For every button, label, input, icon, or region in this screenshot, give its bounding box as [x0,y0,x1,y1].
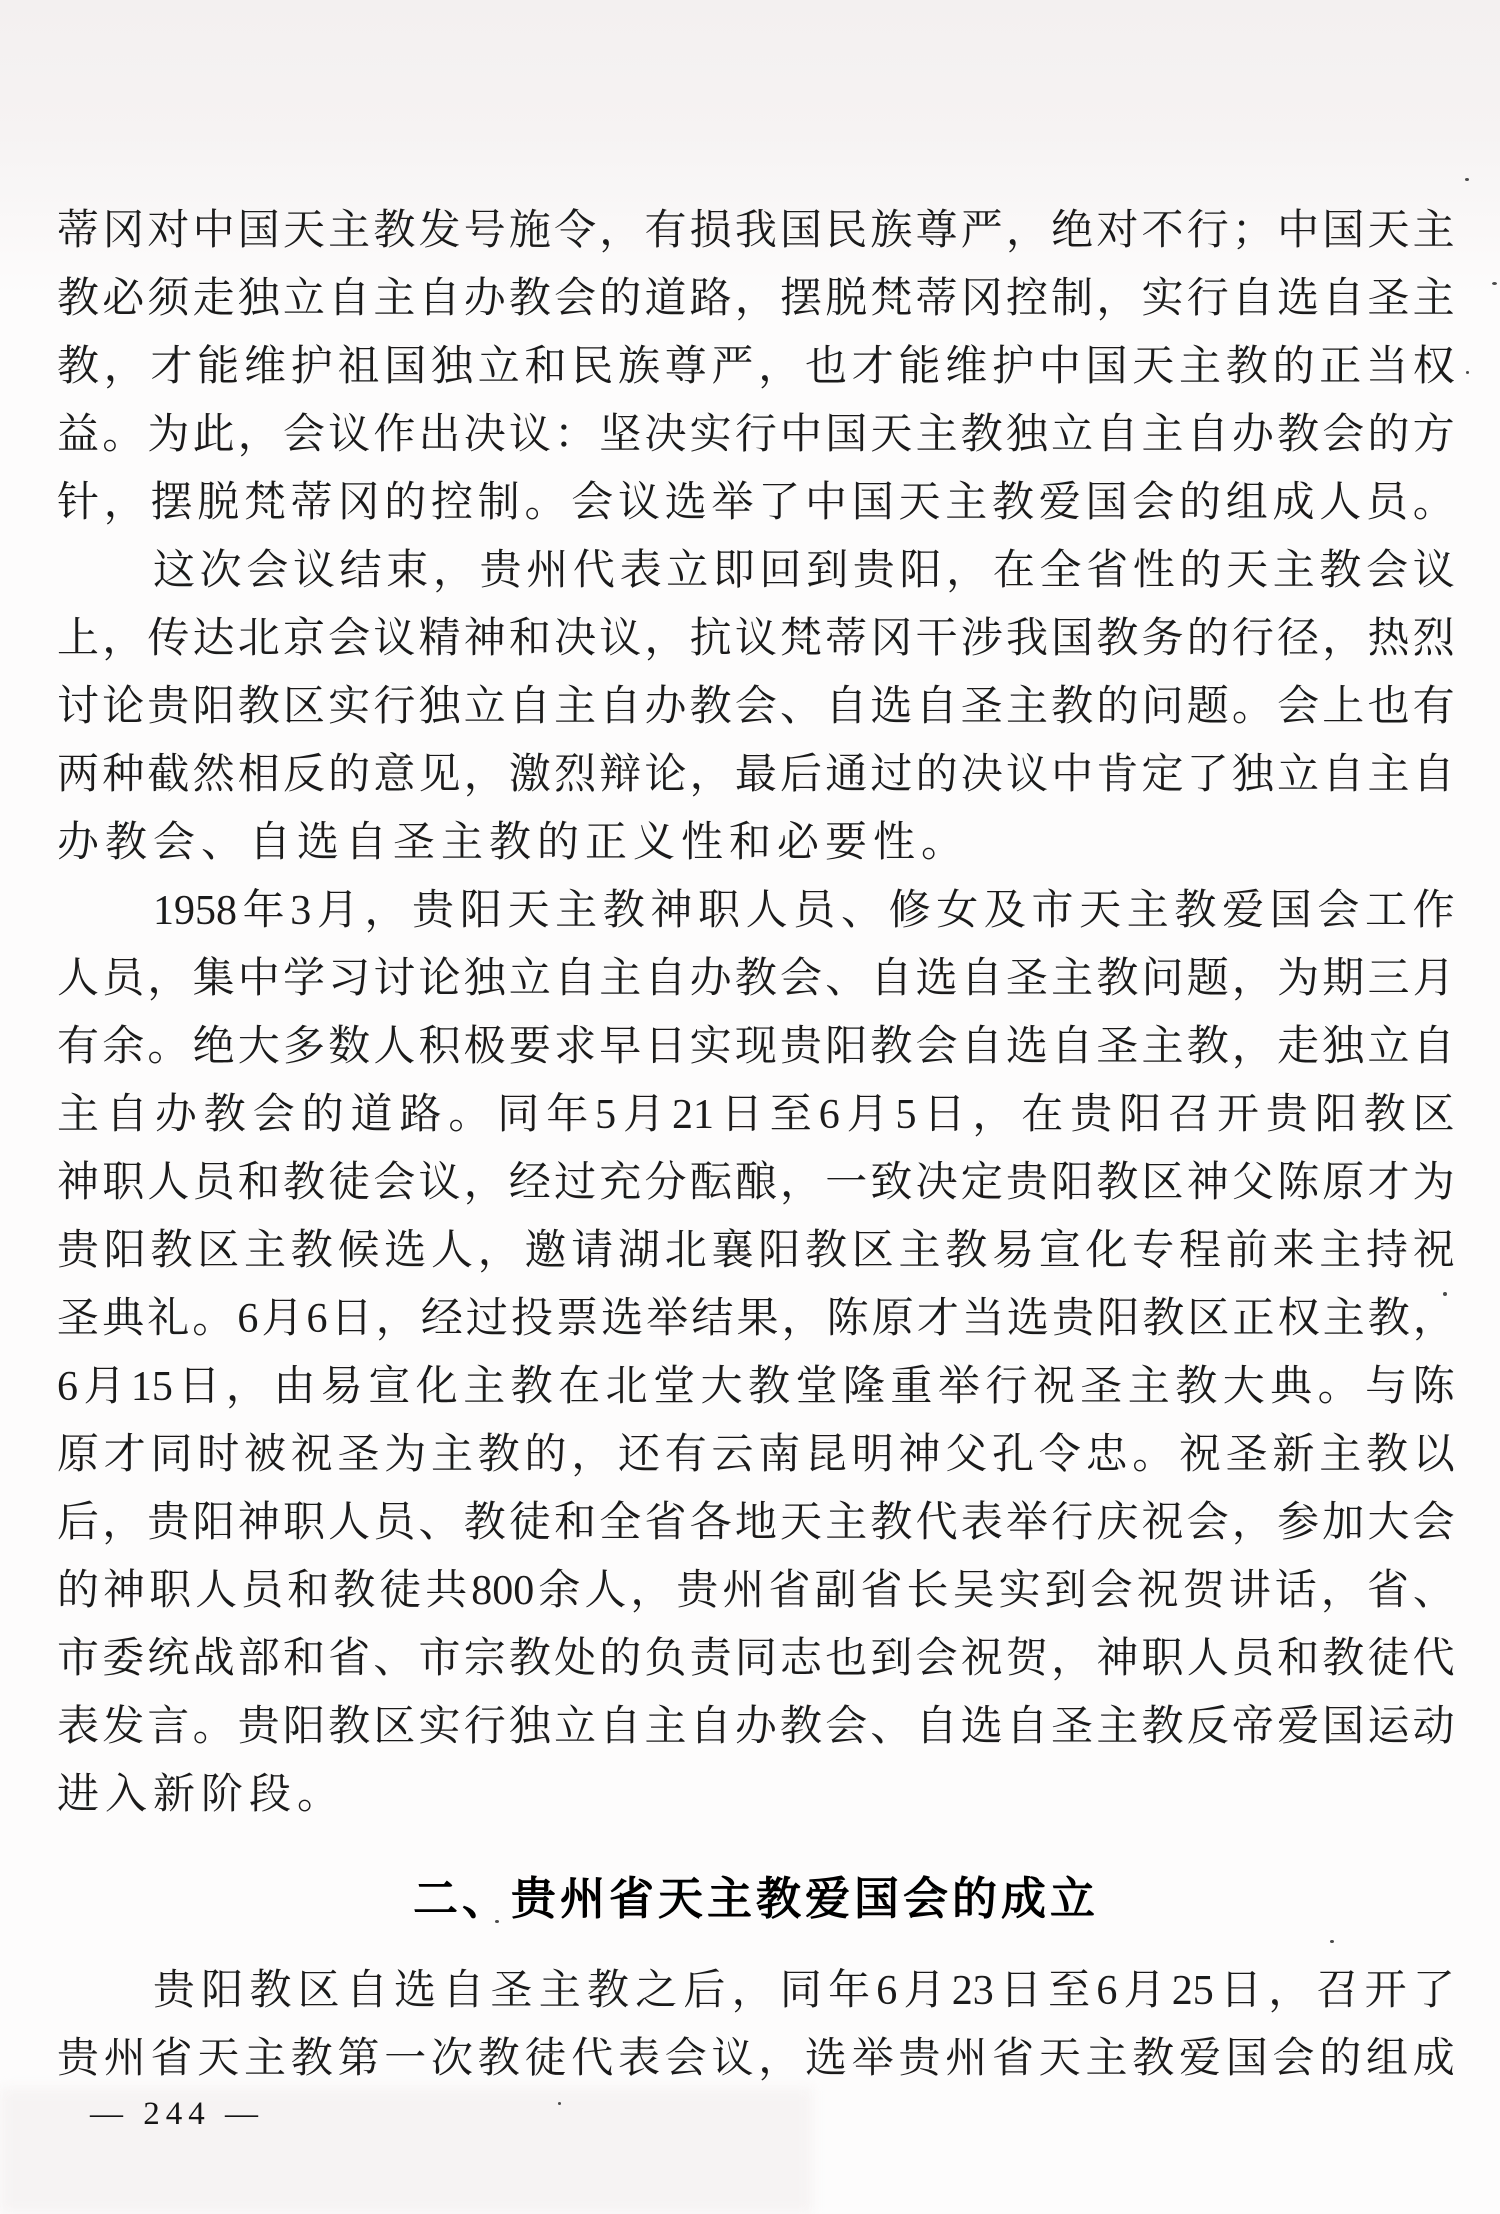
text-token: 隆 [843,1353,885,1421]
text-token: 责 [690,1625,732,1693]
text-token: 圣 [1006,945,1048,1013]
text-token: 云 [712,1421,754,1489]
text-token: 教 [478,2025,520,2093]
text-token: 有 [644,197,686,265]
text-token: 来 [1273,1217,1315,1285]
text-token: 酝 [690,1149,732,1217]
text-token: 教 [57,265,99,333]
text-token: 贵 [1266,1081,1308,1149]
text-token: 昆 [805,1421,847,1489]
text-token: 决 [961,741,1003,809]
text-token: 明 [852,1421,894,1489]
text-token: 自 [1413,741,1455,809]
text-token: 独 [1006,401,1048,469]
text-token: 会 [825,1693,867,1761]
text-token: 开 [1217,1081,1259,1149]
text-token: 修 [889,877,931,945]
text-token: 主 [899,1217,941,1285]
text-token: 实 [999,1557,1041,1625]
text-token: 此 [193,401,235,469]
text-token: 教 [57,333,99,401]
text-token: 会 [253,1081,295,1149]
text-token: 阳 [758,1217,800,1285]
text-token: 共 [425,1557,467,1625]
text-token: 议 [1413,537,1455,605]
text-token: 神 [1096,1625,1138,1693]
text-token: 6 [57,1353,78,1421]
text-token: 爱 [1222,877,1264,945]
text-token: 独 [1232,741,1274,809]
text-token: 反 [1187,1693,1229,1761]
text-token: 大 [1223,1353,1265,1421]
text-token: 教 [1132,2025,1174,2093]
section-heading: 二、贵州省天主教爱国会的成立 [57,1865,1455,1933]
text-token: 行 [373,673,415,741]
text-token: 议 [618,469,660,537]
text-token: 严 [712,333,754,401]
text-token: 员 [241,1557,283,1625]
text-token: 的 [599,265,641,333]
text-token: 主 [1142,401,1184,469]
text-token: 才 [104,1421,146,1489]
text-token: 我 [735,197,777,265]
text-token: 中 [780,401,822,469]
text-token: 宣 [1039,1217,1081,1285]
text-token: 堂 [795,1353,837,1421]
text-token: 的 [599,1625,641,1693]
text-token: ， [735,265,777,333]
text-token: 祝 [1033,1353,1075,1421]
text-token: 爱 [1039,469,1081,537]
text-token: 选 [384,1217,426,1285]
text-token: 北 [606,1353,648,1421]
text-token: 神 [899,1421,941,1489]
text-token: 分 [644,1149,686,1217]
text-token: 成 [1273,469,1315,537]
text-token: 办 [155,1081,197,1149]
text-token: 教 [870,1013,912,1081]
text-token: 新 [1273,1421,1315,1489]
text-token: 会 [1187,1489,1229,1557]
text-token: 教 [511,1353,553,1421]
text-token: 辩 [599,741,641,809]
text-token: 果 [736,1285,778,1353]
text-token: 束 [386,537,428,605]
text-token: 神 [238,1489,280,1557]
text-token: 的 [916,741,958,809]
text-token: 教 [249,1957,291,2025]
text-token: 和 [509,605,551,673]
text-token: 和 [1277,1625,1319,1693]
text-token: 有 [665,1421,707,1489]
text-token: 阳 [201,1957,243,2025]
text-token: 人 [746,877,788,945]
text-token: 国 [1226,2025,1268,2093]
text-token: 中 [193,197,235,265]
text-token: 行 [1232,605,1274,673]
text-token: ， [571,1421,613,1489]
text-token: 教 [283,1149,325,1217]
text-token: 阳 [104,1217,146,1285]
text-token: 月 [847,1081,889,1149]
text-token: 自 [1051,1013,1093,1081]
text-token: 统 [147,1625,189,1693]
text-line: 教，才能维护祖国独立和民族尊严，也才能维护中国天主教的正当权 [57,333,1455,401]
text-token: 爱 [1277,1693,1319,1761]
text-token: 自 [1006,1693,1048,1761]
text-token: 然 [193,741,235,809]
text-token: 阳 [1051,1149,1093,1217]
text-token: 区 [1413,1081,1455,1149]
text-token: 投 [511,1285,553,1353]
text-token: ， [1232,1013,1274,1081]
text-token: 梵 [780,605,822,673]
text-token: 这 [153,537,195,605]
text-token: 天 [1132,333,1174,401]
text-token: 开 [1365,1957,1407,2025]
text-token: 摆 [151,469,193,537]
text-token: 战 [193,1625,235,1693]
text-token: 办 [644,673,686,741]
text-token: 。 [1132,1421,1174,1489]
text-token: 也 [825,1625,867,1693]
text-token: 请 [571,1217,613,1285]
text-token: 人 [57,945,99,1013]
scan-speck [1466,371,1469,374]
text-token: 组 [1366,2025,1408,2093]
text-token: 立 [464,673,506,741]
text-token: 神 [103,1557,145,1625]
text-token: 国 [1051,605,1093,673]
text-token: 主 [554,673,596,741]
text-token: 走 [193,265,235,333]
text-token: 自 [1413,1013,1455,1081]
text-token: 贵 [899,2025,941,2093]
text-token: 教 [509,265,551,333]
text-token: 职 [102,1149,144,1217]
text-token: ， [1268,1957,1310,2025]
text-line: 市委统战部和省、市宗教处的负责同志也到会祝贺，神职人员和教徒代 [57,1625,1455,1693]
text-token: 护 [291,333,333,401]
text-token: 行 [1187,197,1229,265]
text-token: 教 [1226,333,1268,401]
text-token: 教 [1277,401,1319,469]
text-token: 办 [464,265,506,333]
text-token: 圣 [491,1957,533,2025]
text-token: 员 [193,1149,235,1217]
text-token: ， [782,1285,824,1353]
text-token: 中 [1277,197,1319,265]
text-token: 省 [644,1489,686,1557]
text-token: 见 [419,741,461,809]
text-token: 会 [780,945,822,1013]
text-token: 贵 [153,1957,195,2025]
text-token: 阳 [1315,1081,1357,1149]
text-token: ， [1051,1625,1093,1693]
text-token: 和 [238,1149,280,1217]
text-token: 题 [1187,673,1229,741]
text-token: 烈 [554,741,596,809]
text-token: ， [102,1489,144,1557]
text-token: 立 [283,265,325,333]
text-token: 的 [302,1081,344,1149]
text-token: 。 [1232,673,1274,741]
text-token: 尊 [665,333,707,401]
text-token: ， [464,1149,506,1217]
text-token: 实 [690,401,732,469]
text-token: 积 [419,1013,461,1081]
text-token: 教 [1142,1285,1184,1353]
text-token: ， [226,1353,268,1421]
text-token: 大 [238,1013,280,1081]
text-token: 阳 [1097,1285,1139,1353]
text-token: 前 [1226,1217,1268,1285]
text-token: 径 [1277,605,1319,673]
text-token: 重 [890,1353,932,1421]
text-token: 独 [431,333,473,401]
text-token: 陈 [1413,1353,1455,1421]
text-token: 会 [571,469,613,537]
text-token: 会 [1091,1557,1133,1625]
text-token: 员 [1366,469,1408,537]
text-token: 同 [497,1081,539,1149]
text-token: 教 [151,1217,193,1285]
text-token: 路 [399,1081,441,1149]
text-token: 代 [571,2025,613,2093]
text-token: 祝 [1413,1217,1455,1285]
text-token: 处 [554,1625,596,1693]
text-token: 日 [644,1013,686,1081]
text-token: 。 [448,1081,490,1149]
text-token: 至 [1048,1957,1090,2025]
text-token: 维 [945,333,987,401]
text-token: 能 [197,333,239,401]
text-token: 会 [1317,877,1359,945]
text-token: 主 [1142,1013,1184,1081]
text-token: 候 [338,1217,380,1285]
text-token: 了 [758,469,800,537]
text-token: 徒 [379,1557,421,1625]
text-token: 州 [722,1557,764,1625]
text-token: 教 [238,673,280,741]
text-token: 、 [373,1625,415,1693]
text-token: 和 [287,1557,329,1625]
text-token: 道 [351,1081,393,1149]
text-token: 蒂 [291,469,333,537]
text-token: ， [946,537,988,605]
text-token: 主 [644,1693,686,1761]
text-token: 贵 [238,1693,280,1761]
text-token: 后 [683,1957,725,2025]
text-token: 主 [825,1489,867,1557]
text-token: 教 [464,1489,506,1557]
text-token: 议 [373,605,415,673]
text-token: 独 [238,265,280,333]
text-token: 会 [1132,469,1174,537]
text-token: 天 [1079,877,1121,945]
text-token: 控 [431,469,473,537]
text-token: 女 [936,877,978,945]
text-token: 之 [635,1957,677,2025]
text-token: 有 [1413,673,1455,741]
text-token: 精 [419,605,461,673]
text-token: 会 [554,265,596,333]
text-token: 热 [1367,605,1409,673]
text-token: 月 [1124,1957,1166,2025]
text-token: 令 [1039,1421,1081,1489]
text-token: 阳 [193,1489,235,1557]
text-token: 的 [1179,537,1221,605]
text-token: 自 [599,673,641,741]
text-token: 会 [1322,401,1364,469]
text-token: 持 [1366,1217,1408,1285]
text-token: 大 [1367,1489,1409,1557]
text-token: 行 [985,1353,1027,1421]
text-token: 主 [539,1957,581,2025]
text-token: 中 [1051,741,1093,809]
text-token: 肯 [1096,741,1138,809]
text-token: 易 [321,1353,363,1421]
text-token: 大 [701,1353,743,1421]
text-token: 贵 [57,2025,99,2093]
text-token: 6 [237,1285,258,1353]
text-token: 典 [102,1285,144,1353]
text-token: 选 [916,945,958,1013]
text-token: 实 [328,673,370,741]
text-token: ， [433,537,475,605]
text-token: 6 [876,1957,897,2025]
text-token: 自 [961,1013,1003,1081]
text-token: 要 [509,1013,551,1081]
text-token: 数 [328,1013,370,1081]
text-token: 阳 [460,877,502,945]
text-token: 动 [1413,1693,1455,1761]
text-token: 主 [1006,673,1048,741]
text-token: 选 [961,1693,1003,1761]
text-token: 人 [584,1557,626,1625]
text-token: 5 [896,1081,917,1149]
text-token: 南 [758,1421,800,1489]
text-token: 、 [825,945,867,1013]
text-token: 自 [554,945,596,1013]
text-token: ， [758,2025,800,2093]
text-token: 教 [291,2025,333,2093]
text-token: 教 [328,1693,370,1761]
text-token: 脱 [825,265,867,333]
text-token: ： [554,401,596,469]
text-token: 制 [1051,265,1093,333]
text-token: 表 [618,2025,660,2093]
text-token: 北 [238,605,280,673]
text-token: 立 [1277,741,1319,809]
text-token: 原 [872,1285,914,1353]
text-token: 各 [690,1489,732,1557]
text-token: 结 [340,537,382,605]
text-token: 陈 [827,1285,869,1353]
text-token: 选 [805,2025,847,2093]
text-token: 自 [346,1957,388,2025]
text-token: 副 [814,1557,856,1625]
text-token: 天 [870,401,912,469]
text-token: 有 [57,1013,99,1081]
text-token: 贵 [1052,1285,1094,1353]
text-token: 以 [1413,1421,1455,1489]
text-line: 原才同时被祝圣为主教的，还有云南昆明神父孔令忠。祝圣新主教以 [57,1421,1455,1489]
text-token: 教 [805,1217,847,1285]
text-token: 梵 [244,469,286,537]
text-token: 会 [1366,537,1408,605]
text-token: 省 [768,1557,810,1625]
text-token: 论 [419,945,461,1013]
text-token: 教 [1187,1013,1229,1081]
text-token: 天 [507,877,549,945]
text-line: 有余。绝大多数人积极要求早日实现贵阳教会自选自圣主教，走独立自 [57,1013,1455,1081]
text-token: 道 [644,265,686,333]
text-token: 也 [1367,673,1409,741]
text-line: 贵阳教区自选自圣主教之后，同年6月23日至6月25日，召开了 [57,1957,1455,2025]
text-token: 的 [328,741,370,809]
text-token: 护 [992,333,1034,401]
text-token: 致 [870,1149,912,1217]
text-line: 进入新阶段。 [57,1761,1455,1829]
text-token: 主 [244,2025,286,2093]
text-token: 问 [1142,945,1184,1013]
text-token: 贵 [780,1013,822,1081]
text-token: 我 [1006,605,1048,673]
page: { "page": { "background": "#fdfcfc", "te… [0,0,1500,2214]
text-token: 决 [554,605,596,673]
text-token: 程 [1179,1217,1221,1285]
text-token: 过 [466,1285,508,1353]
text-token: ， [464,741,506,809]
text-token: 礼 [147,1285,189,1353]
text-token: 早 [599,1013,641,1081]
text-token: 国 [1270,877,1312,945]
text-token: 极 [464,1013,506,1081]
text-token: 日 [1000,1957,1042,2025]
text-token: 抗 [690,605,732,673]
text-token: 绝 [1051,197,1093,265]
text-token: 天 [1367,197,1409,265]
text-token: 的 [1187,605,1229,673]
text-token: 全 [599,1489,641,1557]
text-token: 贺 [1006,1625,1048,1693]
text-token: 月 [903,1957,945,2025]
text-token: 教 [945,1217,987,1285]
text-token: ， [365,877,407,945]
text-token: 立 [478,333,520,401]
text-token: 会 [665,2025,707,2093]
text-token: 23 [952,1957,994,2025]
text-token: 决 [644,401,686,469]
text-token: 主 [1128,1353,1170,1421]
text-token: 正 [1319,333,1361,401]
text-token: 会 [283,401,325,469]
text-token: 部 [238,1625,280,1693]
text-token: 职 [149,1557,191,1625]
text-token: 市 [1032,877,1074,945]
text-token: 务 [1142,605,1184,673]
text-token: 为 [1413,1149,1455,1217]
text-token: 贵 [147,673,189,741]
text-token: ， [1232,1489,1274,1557]
text-token: 正 [1233,1285,1275,1353]
text-token: 人 [373,1013,415,1081]
text-token: 反 [283,741,325,809]
text-token: ， [630,1557,672,1625]
text-token: 庆 [1096,1489,1138,1557]
text-token: 一 [825,1149,867,1217]
